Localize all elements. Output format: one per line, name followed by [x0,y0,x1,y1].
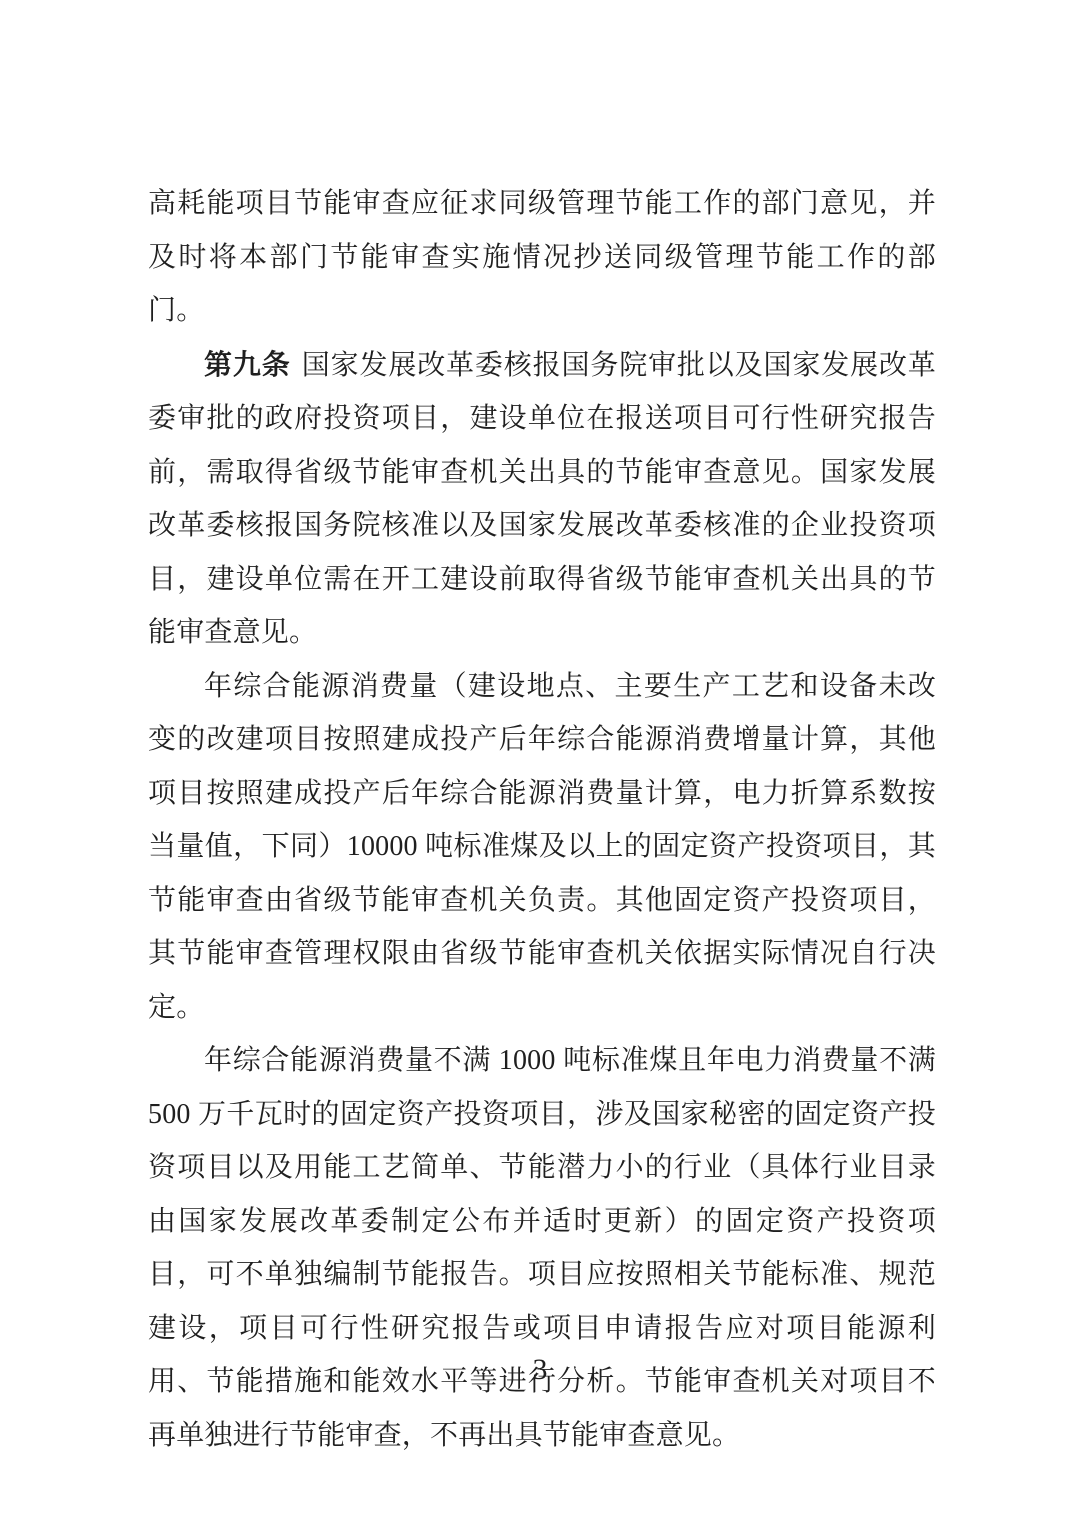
document-body: 高耗能项目节能审查应征求同级管理节能工作的部门意见，并及时将本部门节能审查实施情… [148,177,936,1462]
body-text-run: 年综合能源消费量（建设地点、主要生产工艺和设备未改变的改建项目按照建成投产后年综… [148,671,936,1023]
paragraph: 年综合能源消费量（建设地点、主要生产工艺和设备未改变的改建项目按照建成投产后年综… [148,660,936,1035]
document-page: 高耗能项目节能审查应征求同级管理节能工作的部门意见，并及时将本部门节能审查实施情… [0,0,1080,1527]
paragraph: 第九条国家发展改革委核报国务院审批以及国家发展改革委审批的政府投资项目，建设单位… [148,338,936,660]
body-text-run: 国家发展改革委核报国务院审批以及国家发展改革委审批的政府投资项目，建设单位在报送… [148,350,936,649]
body-text-run: 高耗能项目节能审查应征求同级管理节能工作的部门意见，并及时将本部门节能审查实施情… [148,188,936,326]
body-text-run: 年综合能源消费量不满 1000 吨标准煤且年电力消费量不满 500 万千瓦时的固… [148,1045,936,1451]
page-number: 3 [0,1352,1080,1388]
paragraph: 年综合能源消费量不满 1000 吨标准煤且年电力消费量不满 500 万千瓦时的固… [148,1034,936,1462]
article-number: 第九条 [204,349,291,380]
paragraph: 高耗能项目节能审查应征求同级管理节能工作的部门意见，并及时将本部门节能审查实施情… [148,177,936,338]
